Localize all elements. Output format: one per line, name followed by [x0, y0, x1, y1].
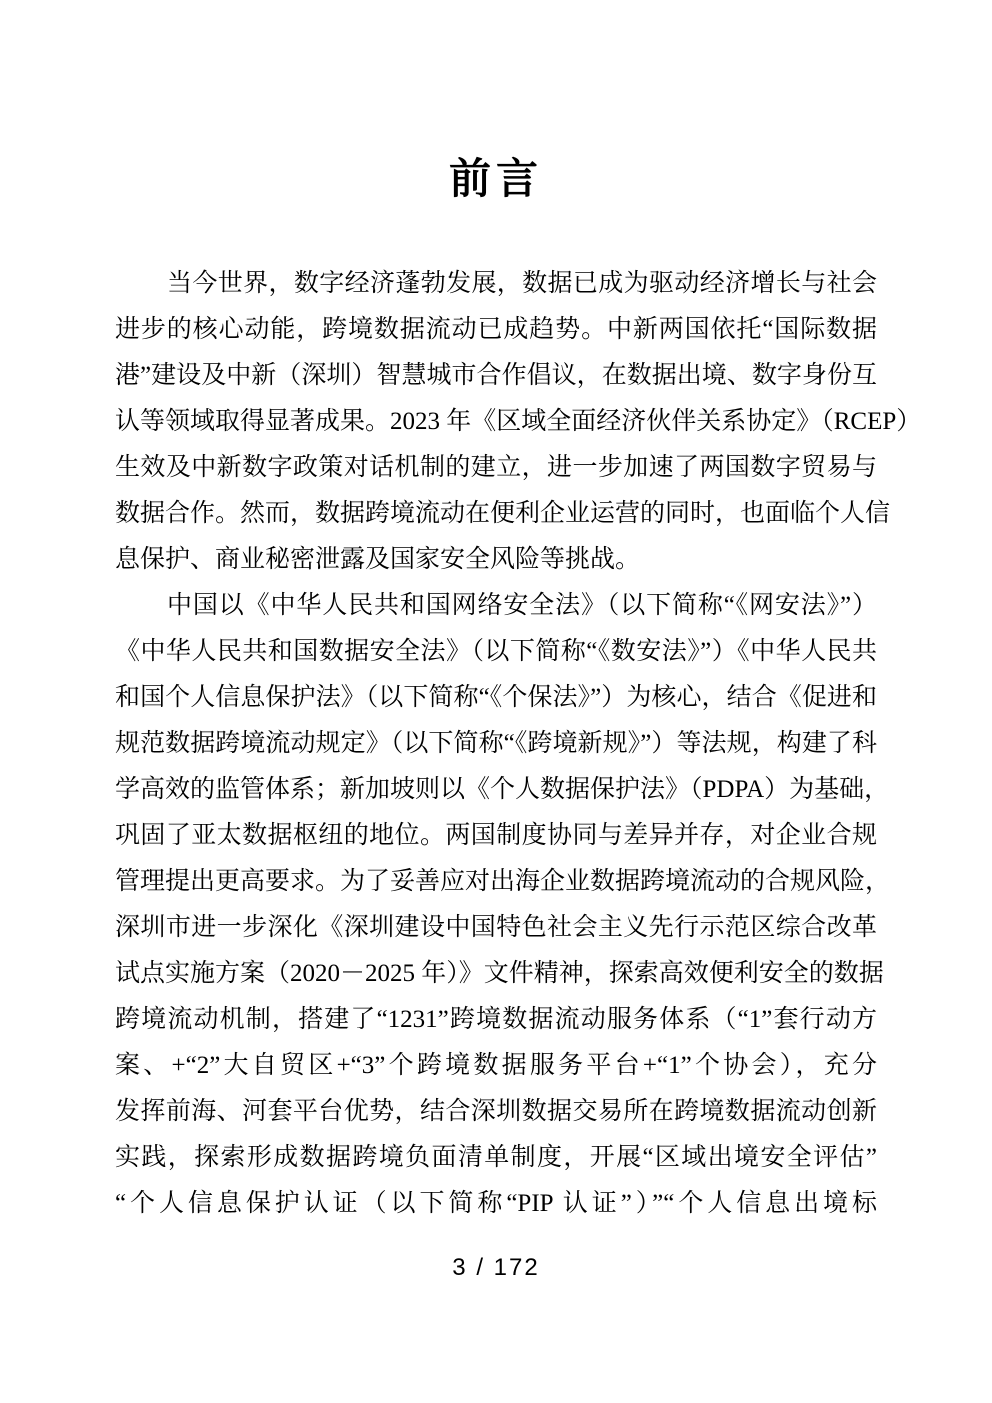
text-line: 当今世界，数字经济蓬勃发展，数据已成为驱动经济增长与社会 [115, 261, 877, 307]
text-line: 和国个人信息保护法》（以下简称“《个保法》”）为核心，结合《促进和 [115, 675, 877, 721]
text-line: 深圳市进一步深化《深圳建设中国特色社会主义先行示范区综合改革 [115, 905, 877, 951]
text-line: “个人信息保护认证（以下简称“PIP 认证”）”“个人信息出境标 [115, 1181, 877, 1227]
text-line: 规范数据跨境流动规定》（以下简称“《跨境新规》”）等法规，构建了科 [115, 721, 877, 767]
text-line: 试点实施方案（2020－2025 年）》文件精神，探索高效便利安全的数据 [115, 951, 877, 997]
text-line: 生效及中新数字政策对话机制的建立，进一步加速了两国数字贸易与 [115, 445, 877, 491]
text-line: 港”建设及中新（深圳）智慧城市合作倡议，在数据出境、数字身份互 [115, 353, 877, 399]
text-line: 跨境流动机制，搭建了“1231”跨境数据流动服务体系（“1”套行动方 [115, 997, 877, 1043]
text-line: 中国以《中华人民共和国网络安全法》（以下简称“《网安法》”） [115, 583, 877, 629]
text-line: 息保护、商业秘密泄露及国家安全风险等挑战。 [115, 537, 877, 583]
text-line: 管理提出更高要求。为了妥善应对出海企业数据跨境流动的合规风险， [115, 859, 877, 905]
text-line: 认等领域取得显著成果。2023 年《区域全面经济伙伴关系协定》（RCEP） [115, 399, 877, 445]
text-line: 发挥前海、河套平台优势，结合深圳数据交易所在跨境数据流动创新 [115, 1089, 877, 1135]
text-line: 数据合作。然而，数据跨境流动在便利企业运营的同时，也面临个人信 [115, 491, 877, 537]
text-line: 进步的核心动能，跨境数据流动已成趋势。中新两国依托“国际数据 [115, 307, 877, 353]
text-line: 案、+“2”大自贸区+“3”个跨境数据服务平台+“1”个协会），充分 [115, 1043, 877, 1089]
page-number: 3 / 172 [0, 1254, 992, 1282]
document-body: 当今世界，数字经济蓬勃发展，数据已成为驱动经济增长与社会 进步的核心动能，跨境数… [115, 261, 877, 1227]
text-line: 实践，探索形成数据跨境负面清单制度，开展“区域出境安全评估” [115, 1135, 877, 1181]
text-line: 《中华人民共和国数据安全法》（以下简称“《数安法》”）《中华人民共 [115, 629, 877, 675]
page-title: 前言 [0, 146, 992, 206]
text-line: 巩固了亚太数据枢纽的地位。两国制度协同与差异并存，对企业合规 [115, 813, 877, 859]
text-line: 学高效的监管体系；新加坡则以《个人数据保护法》（PDPA）为基础， [115, 767, 877, 813]
document-page: 前言 当今世界，数字经济蓬勃发展，数据已成为驱动经济增长与社会 进步的核心动能，… [0, 0, 992, 1403]
